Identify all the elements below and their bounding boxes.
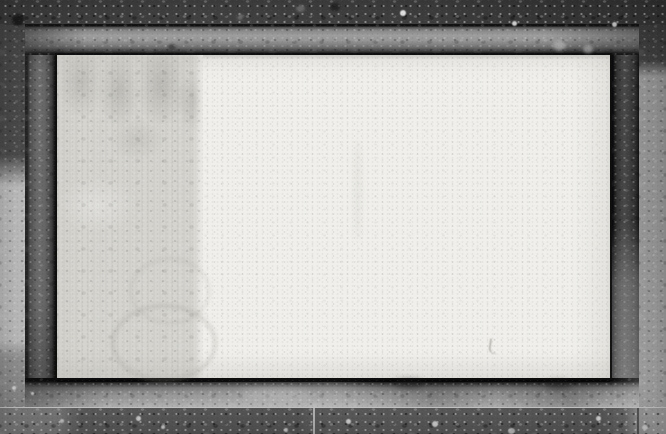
ghost-mark-circle-2 [130,258,210,324]
wall-top [0,0,666,25]
wall-seam-light-line [313,408,315,434]
wall-bottom [0,407,666,434]
billboard-photo [0,0,666,434]
faint-squiggle-mark [488,339,498,355]
frame-bar-right [610,24,639,407]
wall-seam-dark-line [637,408,639,434]
billboard-frame [25,24,639,407]
frame-bar-top [25,24,639,55]
frame-bar-left [25,24,57,407]
poster-paper [57,55,610,378]
wall-left [0,25,25,407]
wall-right [639,25,666,407]
frame-bar-bottom [25,378,639,407]
